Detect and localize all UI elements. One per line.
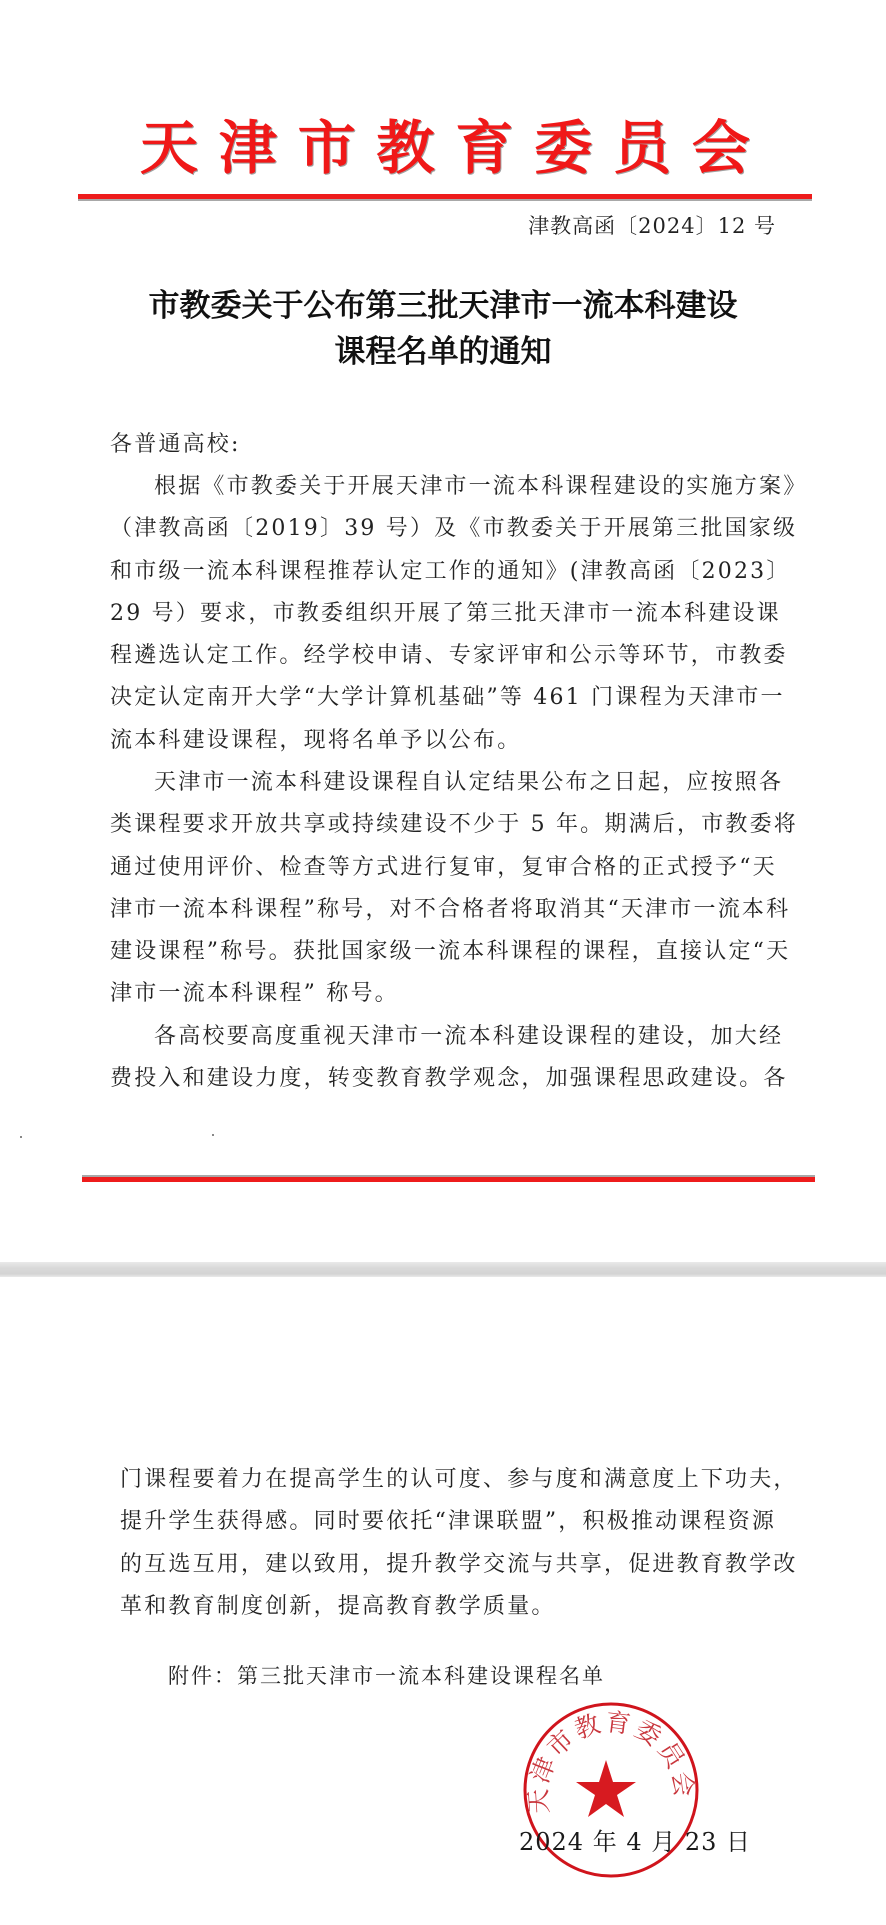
text-line: 门课程要着力在提高学生的认可度、参与度和满意度上下功夫， xyxy=(120,1459,820,1501)
title-line-2: 课程名单的通知 xyxy=(0,329,886,375)
masthead-char: 会 xyxy=(692,119,750,177)
masthead-char: 员 xyxy=(613,119,671,177)
text-line: 流本科建设课程，现将名单予以公布。 xyxy=(110,720,810,762)
paragraph-2: 天津市一流本科建设课程自认定结果公布之日起，应按照各 类课程要求开放共享或持续建… xyxy=(110,762,810,1016)
text-line: 各高校要高度重视天津市一流本科建设课程的建设，加大经 xyxy=(110,1016,810,1058)
paragraph-3: 各高校要高度重视天津市一流本科建设课程的建设，加大经 费投入和建设力度，转变教育… xyxy=(110,1016,810,1101)
text-line: 29 号）要求，市教委组织开展了第三批天津市一流本科建设课 xyxy=(110,593,810,635)
text-line: 费投入和建设力度，转变教育教学观念，加强课程思政建设。各 xyxy=(110,1058,810,1100)
paragraph-1: 根据《市教委关于开展天津市一流本科课程建设的实施方案》 （津教高函〔2019〕3… xyxy=(110,466,810,762)
document-page-1: 天 津 市 教 育 委 员 会 津教高函〔2024〕12 号 市教委关于公布第三… xyxy=(0,0,886,1262)
document-number: 津教高函〔2024〕12 号 xyxy=(528,210,776,240)
scan-speck xyxy=(212,1134,214,1136)
text-line: 程遴选认定工作。经学校申请、专家评审和公示等环节，市教委 xyxy=(110,635,810,677)
masthead-char: 育 xyxy=(455,119,513,177)
text-line: 类课程要求开放共享或持续建设不少于 5 年。期满后，市教委将 xyxy=(110,804,810,846)
document-title: 市教委关于公布第三批天津市一流本科建设 课程名单的通知 xyxy=(0,283,886,375)
text-line: 的互选互用，建以致用，提升教学交流与共享，促进教育教学改 xyxy=(120,1544,820,1586)
masthead-char: 天 xyxy=(140,119,198,177)
attachment-note: 附件：第三批天津市一流本科建设课程名单 xyxy=(168,1660,605,1690)
text-line: 和市级一流本科课程推荐认定工作的通知》(津教高函〔2023〕 xyxy=(110,551,810,593)
star-icon xyxy=(576,1760,636,1817)
text-line: 决定认定南开大学“大学计算机基础”等 461 门课程为天津市一 xyxy=(110,677,810,719)
red-footer-rule xyxy=(82,1177,815,1182)
text-line: 提升学生获得感。同时要依托“津课联盟”，积极推动课程资源 xyxy=(120,1501,820,1543)
red-header-rule xyxy=(78,194,812,199)
salutation-text: 各普通高校: xyxy=(110,424,810,466)
text-line: 通过使用评价、检查等方式进行复审，复审合格的正式授予“天 xyxy=(110,847,810,889)
page-separator xyxy=(0,1262,886,1277)
text-line: 建设课程”称号。获批国家级一流本科课程的课程，直接认定“天 xyxy=(110,931,810,973)
text-line: 革和教育制度创新，提高教育教学质量。 xyxy=(120,1586,820,1628)
scan-speck xyxy=(20,1136,22,1138)
text-line: （津教高函〔2019〕39 号）及《市教委关于开展第三批国家级 xyxy=(110,508,810,550)
text-line: 天津市一流本科建设课程自认定结果公布之日起，应按照各 xyxy=(110,762,810,804)
text-line: 津市一流本科课程” 称号。 xyxy=(110,973,810,1015)
text-line: 津市一流本科课程”称号，对不合格者将取消其“天津市一流本科 xyxy=(110,889,810,931)
masthead-char: 津 xyxy=(219,119,277,177)
paragraph-3-continued: 门课程要着力在提高学生的认可度、参与度和满意度上下功夫， 提升学生获得感。同时要… xyxy=(120,1459,820,1628)
masthead-char: 教 xyxy=(377,119,435,177)
masthead-char: 市 xyxy=(298,119,356,177)
masthead-char: 委 xyxy=(534,119,592,177)
salutation: 各普通高校: xyxy=(110,424,810,466)
title-line-1: 市教委关于公布第三批天津市一流本科建设 xyxy=(0,283,886,329)
issue-date: 2024 年 4 月 23 日 xyxy=(519,1822,751,1857)
text-line: 根据《市教委关于开展天津市一流本科课程建设的实施方案》 xyxy=(110,466,810,508)
masthead-title: 天 津 市 教 育 委 员 会 xyxy=(140,108,750,188)
